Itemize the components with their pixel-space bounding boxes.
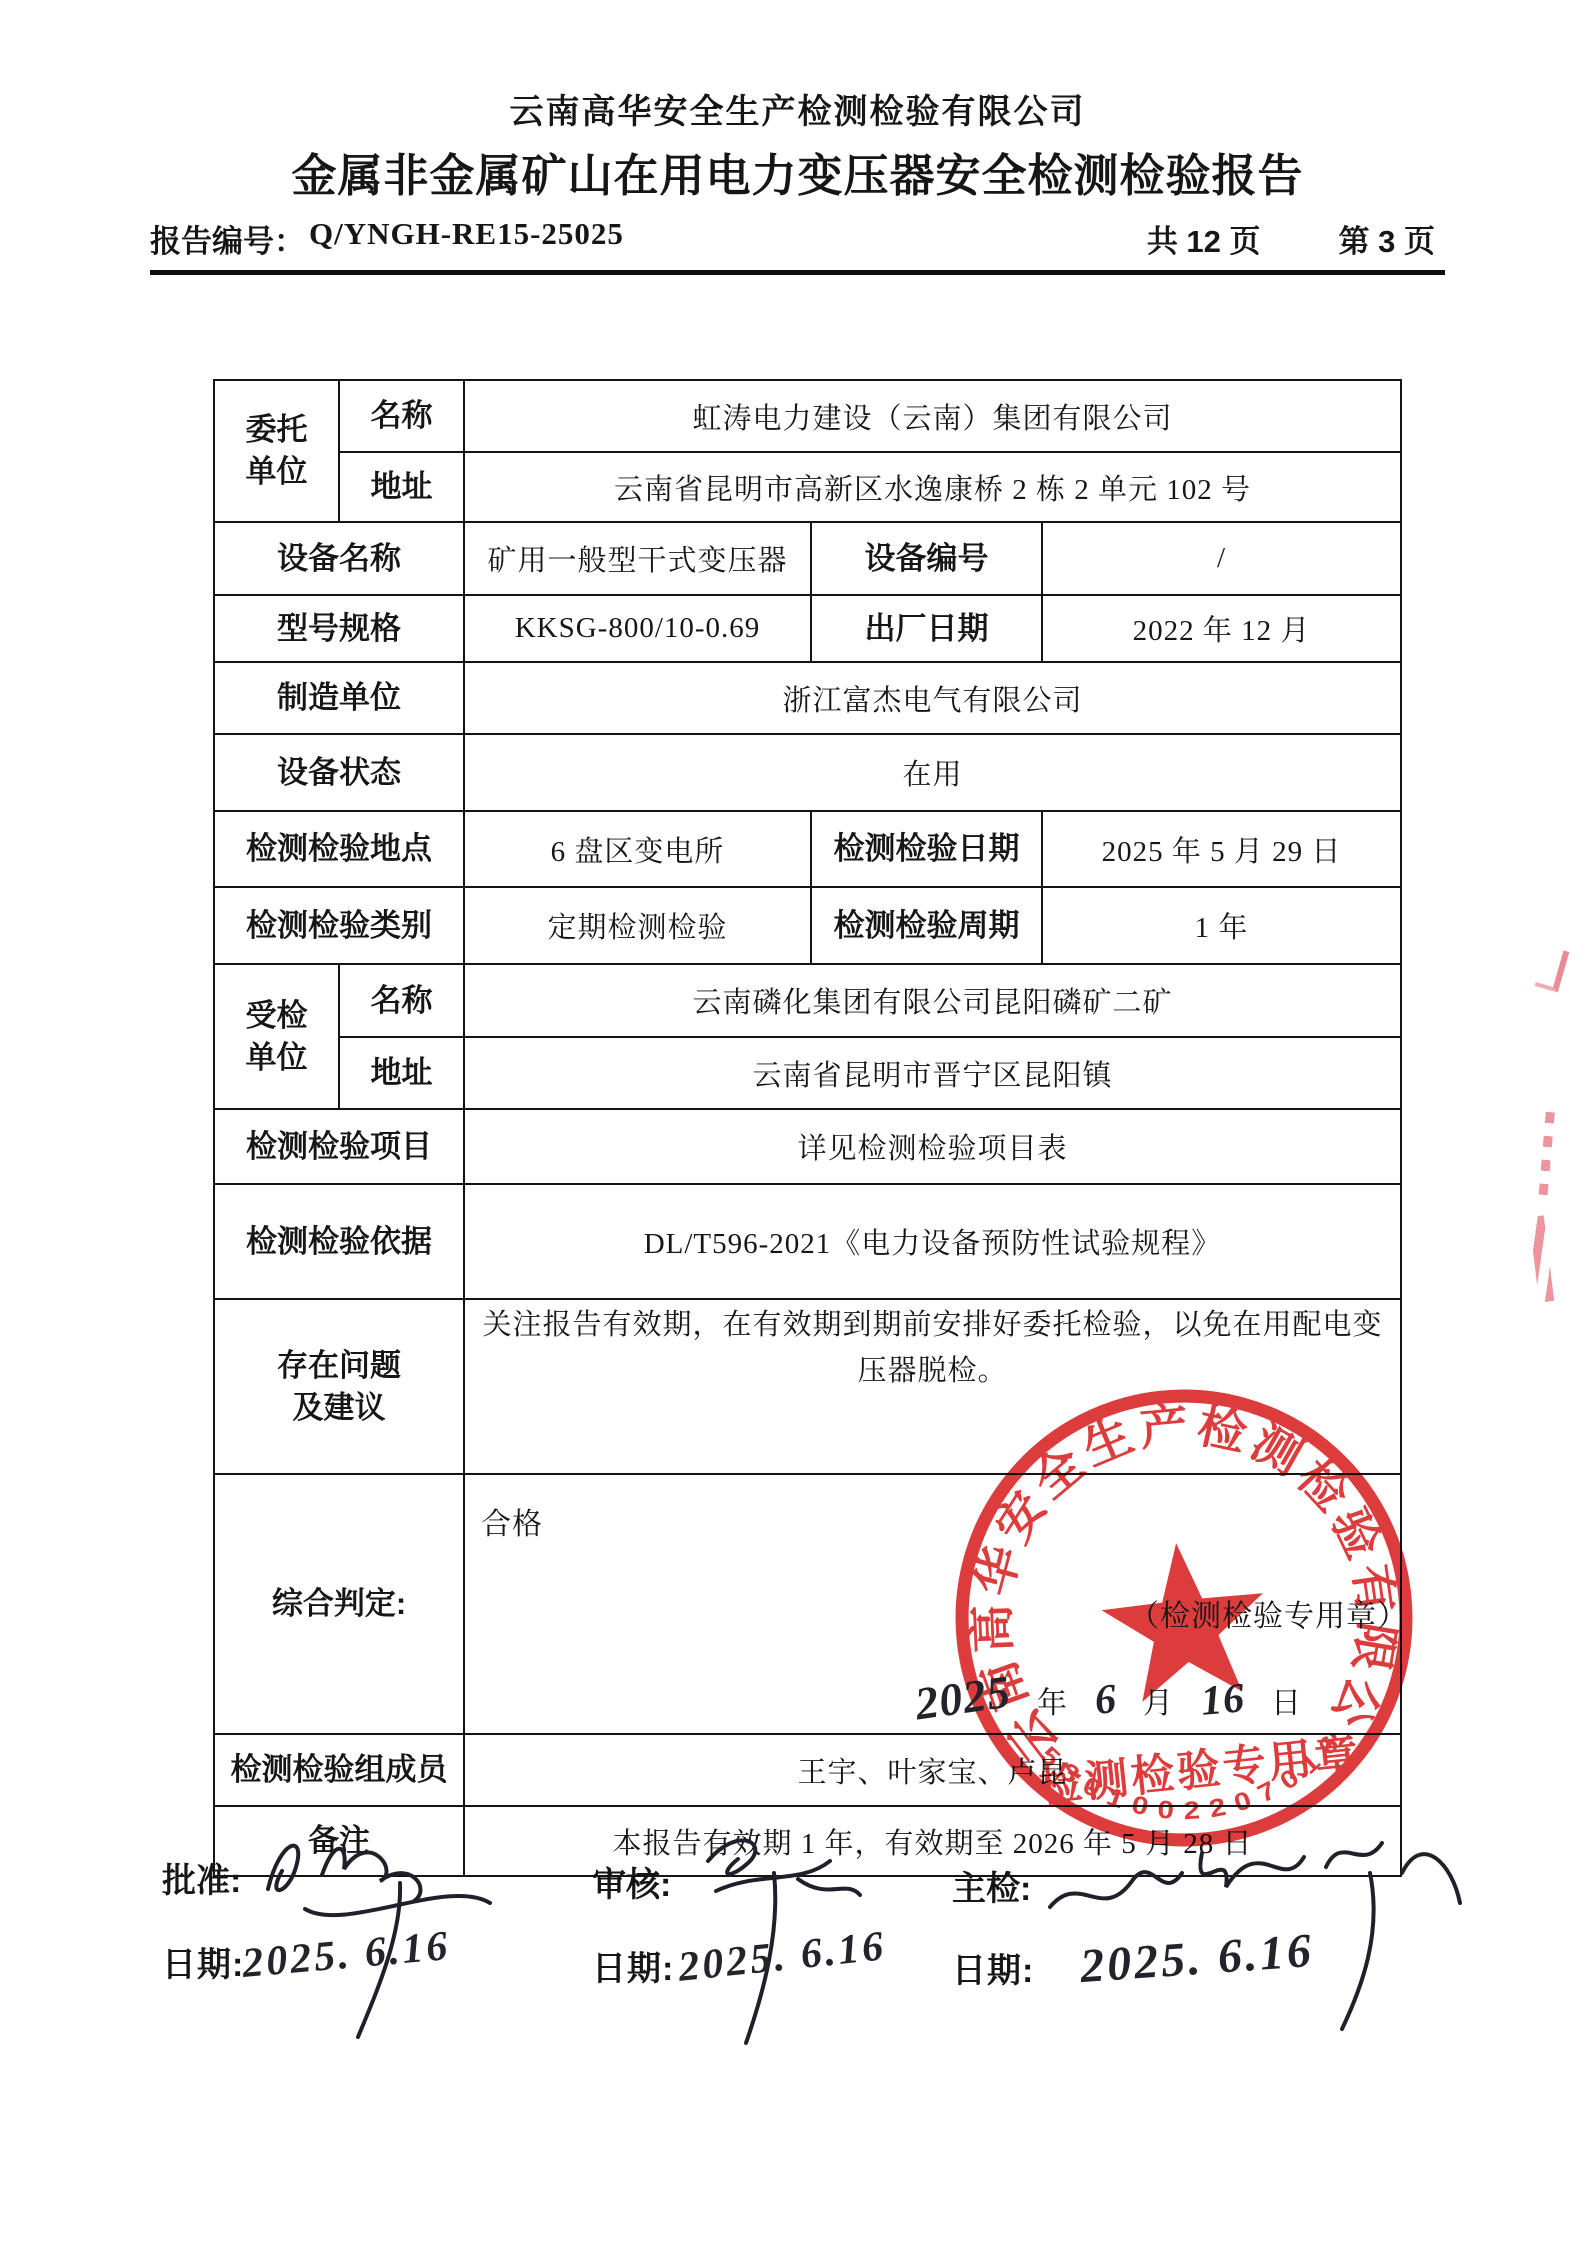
seal-note: （检测检验专用章） [1129,1591,1408,1635]
signoff-block: 批准: 日期: 2025. 6.16 审核: 日期: 2025. 6.16 主检… [150,1845,1480,2145]
entrust-name-value: 虹涛电力建设（云南）集团有限公司 [464,380,1401,452]
report-title: 金属非金属矿山在用电力变压器安全检测检验报告 [150,139,1445,204]
review-date-label: 日期: [592,1941,674,1990]
model-value: KKSG-800/10-0.69 [464,595,811,662]
team-label: 检测检验组成员 [214,1734,464,1806]
table-row: 型号规格 KKSG-800/10-0.69 出厂日期 2022 年 12 月 [214,595,1401,662]
report-meta: 报告编号： Q/YNGH-RE15-25025 共 12 页 第 3 页 [150,216,1445,261]
pagination: 共 12 页 第 3 页 [1147,216,1445,261]
device-name-value: 矿用一般型干式变压器 [464,522,811,595]
table-row: 受检 单位 名称 云南磷化集团有限公司昆阳磷矿二矿 [214,964,1401,1037]
year-suffix: 年 [1037,1678,1069,1722]
maker-value: 浙江富杰电气有限公司 [464,662,1401,734]
inspection-place-label: 检测检验地点 [214,811,464,887]
inspection-type-label: 检测检验类别 [214,887,464,964]
items-value: 详见检测检验项目表 [464,1109,1401,1184]
stamp-bleed-mark [1538,1112,1555,1200]
current-page: 第 3 页 [1339,216,1435,261]
model-label: 型号规格 [214,595,464,662]
day-suffix: 日 [1271,1678,1303,1722]
review-label: 审核: [592,1857,671,1906]
report-number-value: Q/YNGH-RE15-25025 [309,216,624,261]
inspection-type-value: 定期检测检验 [464,887,811,964]
device-no-label: 设备编号 [811,522,1042,595]
entrust-name-label: 名称 [339,380,464,452]
table-row: 制造单位 浙江富杰电气有限公司 [214,662,1401,734]
table-row: 检测检验类别 定期检测检验 检测检验周期 1 年 [214,887,1401,964]
status-label: 设备状态 [214,734,464,811]
approve-label: 批准: [162,1853,241,1902]
table-row: 检测检验地点 6 盘区变电所 检测检验日期 2025 年 5 月 29 日 [214,811,1401,887]
page-content: 云南高华安全生产检测检验有限公司 金属非金属矿山在用电力变压器安全检测检验报告 … [150,84,1445,1877]
table-row: 地址 云南省昆明市高新区水逸康桥 2 栋 2 单元 102 号 [214,452,1401,522]
table-row: 设备状态 在用 [214,734,1401,811]
factory-date-value: 2022 年 12 月 [1042,595,1401,662]
chief-date-label: 日期: [952,1943,1034,1992]
problems-label: 存在问题 及建议 [214,1299,464,1474]
report-page: 云南高华安全生产检测检验有限公司 金属非金属矿山在用电力变压器安全检测检验报告 … [0,0,1587,2244]
company-title: 云南高华安全生产检测检验有限公司 [150,84,1445,133]
approve-date-label: 日期: [162,1937,244,1986]
report-number-label: 报告编号： [150,216,305,261]
device-no-value: / [1042,522,1401,595]
header-rule [150,270,1445,275]
inspected-name-label: 名称 [339,964,464,1037]
table-row: 委托 单位 名称 虹涛电力建设（云南）集团有限公司 [214,380,1401,452]
inspection-place-value: 6 盘区变电所 [464,811,811,887]
verdict-date-line: 2025 年 6 月 16 日 [915,1671,1303,1724]
verdict-label: 综合判定: [214,1474,464,1734]
basis-value: DL/T596-2021《电力设备预防性试验规程》 [464,1184,1401,1299]
inspected-unit-label: 受检 单位 [214,964,339,1109]
items-label: 检测检验项目 [214,1109,464,1184]
inspection-date-value: 2025 年 5 月 29 日 [1042,811,1401,887]
stamp-bleed-mark [1535,946,1570,993]
month-suffix: 月 [1143,1678,1175,1722]
inspection-date-label: 检测检验日期 [811,811,1042,887]
entrust-addr-value: 云南省昆明市高新区水逸康桥 2 栋 2 单元 102 号 [464,452,1401,522]
table-row: 检测检验依据 DL/T596-2021《电力设备预防性试验规程》 [214,1184,1401,1299]
maker-label: 制造单位 [214,662,464,734]
status-value: 在用 [464,734,1401,811]
verdict-value: 合格 [481,1499,543,1543]
table-row: 地址 云南省昆明市晋宁区昆阳镇 [214,1037,1401,1109]
handwritten-day: 16 [1199,1674,1247,1726]
factory-date-label: 出厂日期 [811,595,1042,662]
inspected-addr-label: 地址 [339,1037,464,1109]
inspection-cycle-value: 1 年 [1042,887,1401,964]
inspected-addr-value: 云南省昆明市晋宁区昆阳镇 [464,1037,1401,1109]
report-number: 报告编号： Q/YNGH-RE15-25025 [150,216,624,261]
table-row: 检测检验项目 详见检测检验项目表 [214,1109,1401,1184]
table-row: 设备名称 矿用一般型干式变压器 设备编号 / [214,522,1401,595]
entrust-unit-label: 委托 单位 [214,380,339,522]
inspection-cycle-label: 检测检验周期 [811,887,1042,964]
stamp-bleed-mark [1529,1215,1554,1302]
entrust-addr-label: 地址 [339,452,464,522]
handwritten-year: 2025 [912,1665,1014,1731]
inspected-name-value: 云南磷化集团有限公司昆阳磷矿二矿 [464,964,1401,1037]
device-name-label: 设备名称 [214,522,464,595]
basis-label: 检测检验依据 [214,1184,464,1299]
handwritten-month: 6 [1093,1675,1119,1725]
total-pages: 共 12 页 [1147,216,1261,261]
